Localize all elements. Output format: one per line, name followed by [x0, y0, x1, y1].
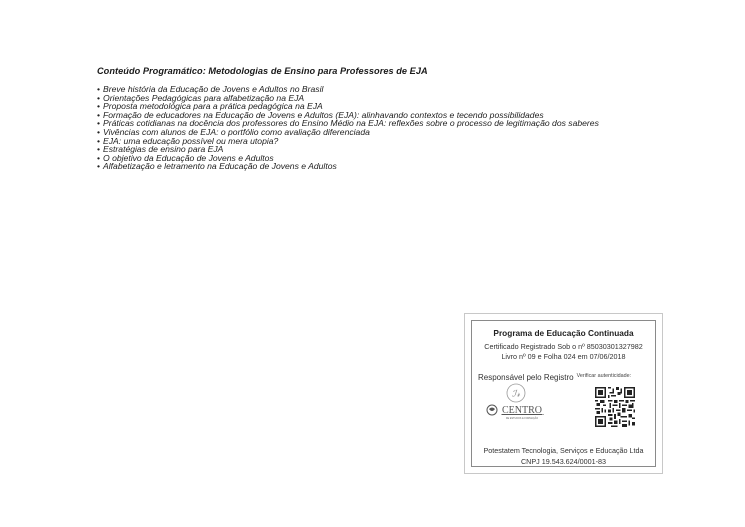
program-content: Conteúdo Programático: Metodologias de E… [97, 66, 627, 171]
certificate-inner-frame: Programa de Educação Continuada Certific… [471, 320, 656, 467]
certificate-box: Programa de Educação Continuada Certific… [464, 313, 663, 474]
topics-list: Breve história da Educação de Jovens e A… [97, 85, 627, 171]
company-name: Potestatem Tecnologia, Serviços e Educaç… [472, 446, 655, 455]
company-cnpj: CNPJ 19.543.624/0001-83 [472, 457, 655, 466]
section-title: Conteúdo Programático: Metodologias de E… [97, 66, 627, 76]
svg-text:ℐ𝓇: ℐ𝓇 [512, 389, 520, 399]
verify-authenticity-link[interactable]: Verificar autenticidade: [577, 373, 632, 379]
certificate-heading: Programa de Educação Continuada [472, 328, 655, 338]
svg-text:DE ESTUDOS E FORMAÇÃO: DE ESTUDOS E FORMAÇÃO [506, 417, 538, 420]
list-item: Alfabetização e letramento na Educação d… [97, 162, 627, 171]
registration-book: Livro nº 09 e Folha 024 em 07/06/2018 [472, 352, 655, 361]
centro-logo-icon: ℐ𝓇 CENTRO DE ESTUDOS E FORMAÇÃO [484, 381, 548, 423]
qr-code-icon[interactable] [595, 387, 635, 427]
registration-number: Certificado Registrado Sob o nº 85030301… [472, 342, 655, 351]
